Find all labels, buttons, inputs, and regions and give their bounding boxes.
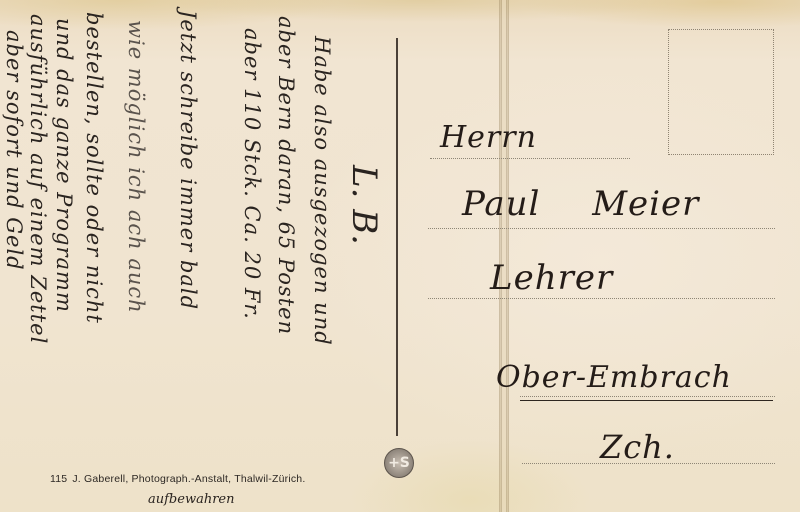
address-canton: Zch. [600,428,675,466]
message-line-7: und das ganze Programm [52,18,76,313]
address-name: Paul Meier [462,184,699,224]
sender-initials: L. B. [344,165,384,245]
address-line-2 [428,228,775,229]
message-address-divider [396,38,398,436]
fold-crease-right [506,0,509,512]
message-line-4: Jetzt schreibe immer bald [176,10,200,310]
address-salutation: Herrn [440,120,537,155]
swiss-cross-s-icon: +S [384,448,414,478]
message-line-5: wie möglich ich ach auch [124,20,148,314]
message-line-9: aber sofort und Geld [2,30,26,271]
printer-imprint: 115J. Gaberell, Photograph.-Anstalt, Tha… [50,473,305,485]
address-line-1 [430,158,630,159]
message-line-2: aber Bern daran, 65 Posten [274,16,298,335]
printer-text: J. Gaberell, Photograph.-Anstalt, Thalwi… [72,473,305,485]
postscript-note: aufbewahren [148,492,234,507]
address-occupation: Lehrer [490,258,613,298]
message-line-6: bestellen, sollte oder nicht [82,12,106,324]
logo-glyph: +S [388,455,410,471]
address-line-3 [428,298,775,299]
address-town: Ober-Embrach [496,360,732,395]
address-line-4 [520,396,775,397]
printer-number: 115 [50,473,67,485]
postcard-back: Herrn Paul Meier Lehrer Ober-Embrach Zch… [0,0,800,512]
message-line-3: aber 110 Stck. Ca. 20 Fr. [240,28,264,320]
stamp-placeholder-box [668,29,774,155]
message-line-8: ausführlich auf einem Zettel [26,14,50,344]
address-underline [520,400,773,401]
message-line-1: Habe also ausgezogen und [310,36,334,346]
